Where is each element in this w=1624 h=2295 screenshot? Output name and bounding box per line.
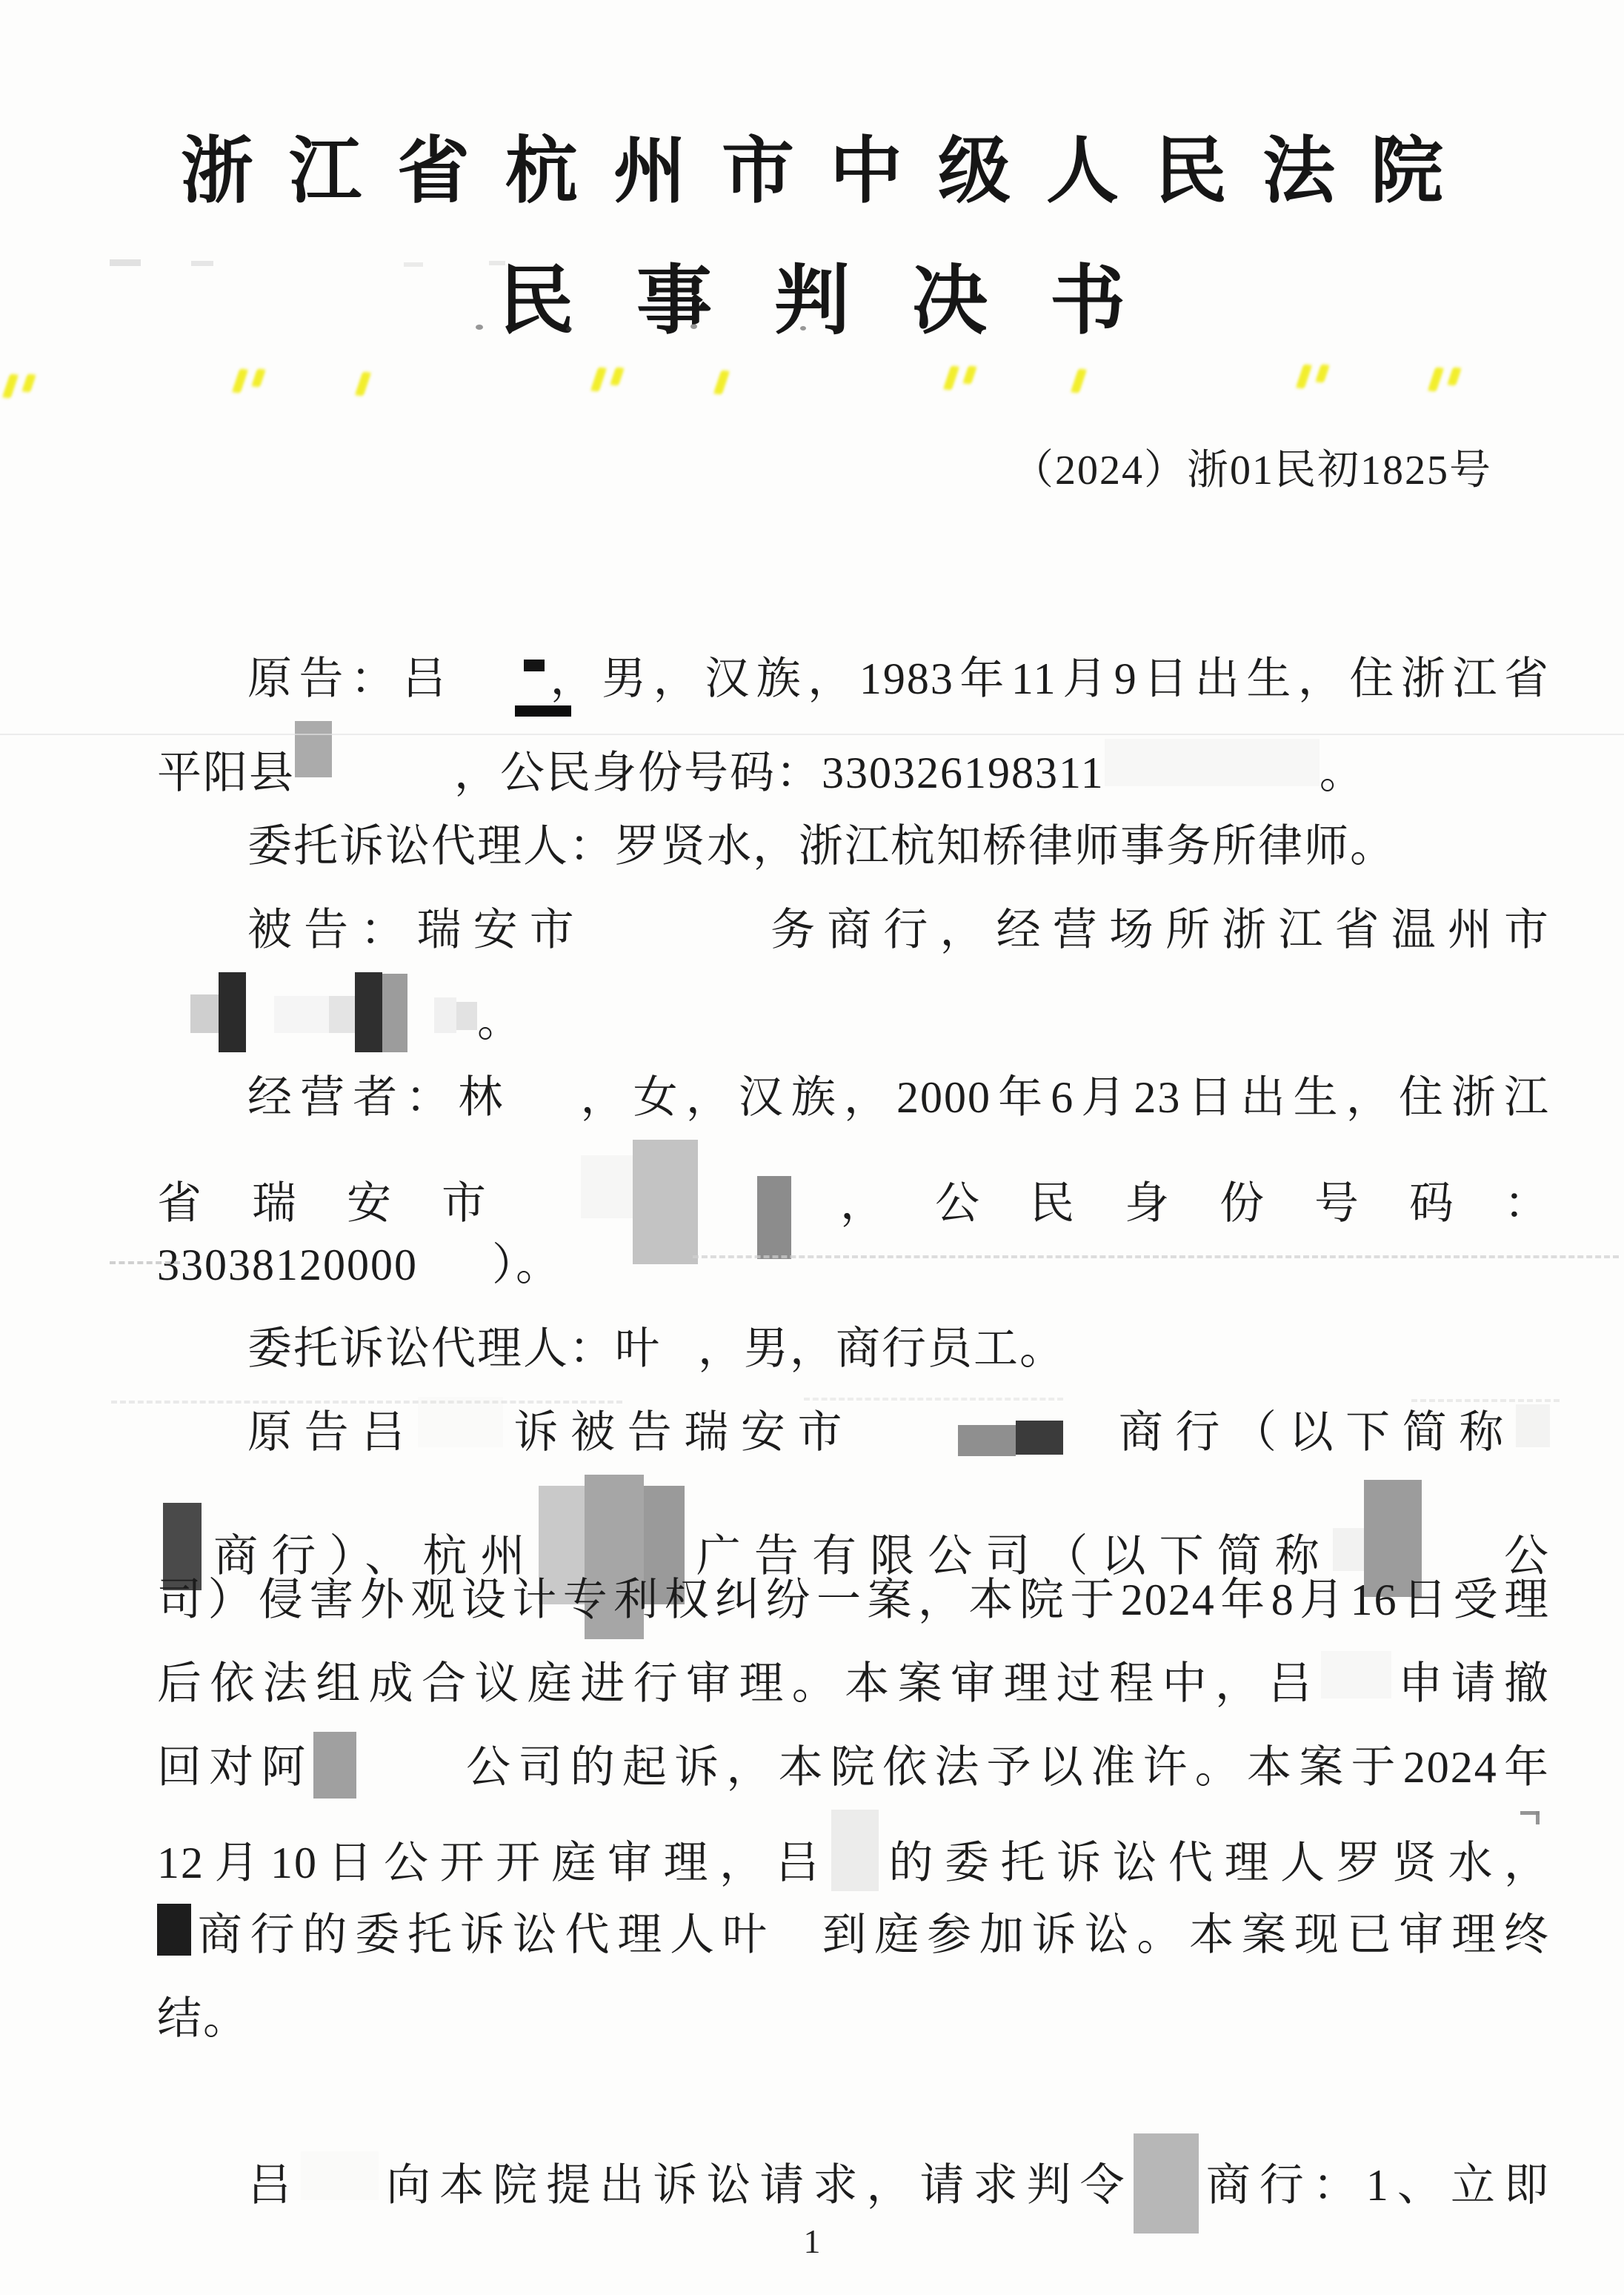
watermark-yellow-mark	[1431, 368, 1459, 391]
page-number: 1	[804, 2222, 821, 2260]
text-run: 商行：1、立即	[1199, 2161, 1550, 2210]
scan-noise-speck	[800, 326, 806, 331]
redaction-box	[1016, 1421, 1063, 1455]
redaction-box	[355, 972, 382, 1052]
scan-noise-bar	[489, 261, 505, 265]
watermark-yellow-mark	[359, 372, 367, 396]
watermark-yellow-mark	[1299, 365, 1327, 388]
watermark-yellow-mark	[1074, 369, 1083, 393]
text-run: 被告：瑞安市	[247, 906, 586, 954]
scan-noise-bar	[515, 705, 571, 717]
redaction-box	[295, 721, 332, 777]
text-run: 到庭参加诉讼。本案现已审理终	[816, 1910, 1550, 1959]
text-run: 吕	[247, 2161, 301, 2210]
scan-noise-speck	[690, 324, 697, 329]
document-type-title: 民事判决书	[0, 250, 1624, 354]
text-run: 33038120000	[157, 1241, 418, 1289]
text-run: ，公民身份号码：330326198311	[454, 748, 1105, 797]
redaction-box	[1516, 1404, 1550, 1447]
blank-gap	[698, 1212, 757, 1218]
text-run: 回对阿	[157, 1743, 313, 1792]
watermark-yellow-mark	[947, 366, 974, 390]
redaction-box	[434, 997, 456, 1033]
scan-noise-bar	[110, 259, 141, 266]
document-line: 被告：瑞安市务商行，经营场所浙江省温州市	[157, 889, 1550, 972]
redaction-box	[1321, 1651, 1391, 1698]
redaction-box	[524, 660, 545, 671]
document-line: 后依法组成合议庭进行审理。本案审理过程中，吕申请撤	[157, 1642, 1550, 1726]
scan-noise-dashed-line	[1411, 1399, 1560, 1402]
page-footer: 1	[0, 2222, 1624, 2261]
document-line: 商行的委托诉讼代理人叶到庭参加诉讼。本案现已审理终	[157, 1893, 1550, 1977]
text-run: 的委托诉讼代理人罗贤水，	[879, 1839, 1550, 1887]
text-run: ，男，商行员工。	[698, 1324, 1065, 1373]
case-number: （2024）浙01民初1825号	[0, 437, 1624, 496]
scan-noise-bar	[1536, 1811, 1540, 1824]
text-run: 平阳县	[157, 748, 295, 797]
text-run: 委托诉讼代理人：叶	[247, 1324, 661, 1373]
scan-noise-speck	[566, 327, 572, 331]
document-line: 商行）、杭州广告有限公司（以下简称公	[157, 1475, 1550, 1558]
text-run: 司）侵害外观设计专利权纠纷一案，本院于2024年8月16日受理	[157, 1575, 1550, 1624]
text-run: 。	[477, 997, 523, 1046]
document-line: 委托诉讼代理人：叶，男，商行员工。	[157, 1307, 1550, 1391]
text-run: 公司的起诉，本院依法予以准许。本案于2024年	[460, 1743, 1550, 1792]
redaction-box	[301, 2151, 379, 2200]
blank-gap	[510, 1106, 573, 1112]
scan-noise-bar	[404, 262, 423, 267]
text-run: ，公民身份号码：	[791, 1179, 1550, 1228]
text-run: ，男，汉族，1983年11月9日出生，住浙江省	[545, 654, 1550, 703]
court-title: 浙江省杭州市中级人民法院	[0, 0, 1624, 222]
scan-noise-speck	[476, 325, 483, 330]
text-run: ）。	[492, 1241, 562, 1289]
watermark-yellow-mark	[594, 368, 622, 391]
text-run: 务商行，经营场所浙江省温州市	[760, 906, 1550, 954]
scan-noise-dashed-line	[111, 1401, 622, 1404]
redaction-box	[958, 1425, 1016, 1456]
judgment-body: 原告：吕，男，汉族，1983年11月9日出生，住浙江省平阳县，公民身份号码：33…	[157, 637, 1550, 2217]
text-run: 申请撤	[1391, 1659, 1550, 1708]
document-line: 司）侵害外观设计专利权纠纷一案，本院于2024年8月16日受理	[157, 1558, 1550, 1642]
text-run: 经营者：林	[247, 1073, 510, 1122]
scan-noise-bar	[0, 734, 1624, 735]
blank-gap	[661, 1358, 698, 1364]
redaction-box	[219, 972, 246, 1052]
text-run: 原告：吕	[247, 654, 453, 703]
document-line: 原告：吕，男，汉族，1983年11月9日出生，住浙江省	[157, 637, 1550, 721]
document-line: 33038120000）。	[157, 1223, 1550, 1307]
document-line: 结。	[157, 1977, 1550, 2061]
redaction-box	[382, 974, 407, 1052]
scan-noise-bar	[191, 261, 213, 266]
document-line: 省瑞安市，公民身份号码：	[157, 1140, 1550, 1223]
text-run: 结。	[157, 1994, 249, 2043]
blank-gap	[453, 688, 524, 694]
watermark-yellow-mark	[236, 369, 263, 393]
document-line: 回对阿公司的起诉，本院依法予以准许。本案于2024年	[157, 1726, 1550, 1810]
blank-gap	[332, 782, 454, 788]
document-line: 经营者：林，女，汉族，2000年6月23日出生，住浙江	[157, 1056, 1550, 1140]
blank-gap	[854, 1441, 958, 1447]
text-run: 后依法组成合议庭进行审理。本案审理过程中，吕	[157, 1659, 1321, 1708]
blank-gap	[356, 1776, 460, 1782]
redaction-box	[831, 1810, 879, 1891]
text-run: 原告吕	[247, 1408, 418, 1457]
blank-gap	[775, 1944, 816, 1950]
text-run: 商行（以下简称	[1108, 1408, 1516, 1457]
text-run: ，女，汉族，2000年6月23日出生，住浙江	[573, 1073, 1550, 1122]
redaction-box	[1134, 2133, 1199, 2233]
text-run: 。	[1319, 748, 1365, 797]
document-line: 。	[157, 972, 1550, 1056]
scan-noise-dashed-line	[804, 1398, 1063, 1401]
watermark-yellow-mark	[717, 371, 726, 394]
redaction-box	[418, 1397, 503, 1447]
blank-gap	[418, 1274, 492, 1280]
scan-noise-dashed-line	[110, 1261, 180, 1264]
redaction-box	[456, 1002, 477, 1030]
text-run: 省瑞安市	[157, 1179, 536, 1228]
document-line: 委托诉讼代理人：罗贤水，浙江杭知桥律师事务所律师。	[157, 805, 1550, 889]
document-line: 吕向本院提出诉讼请求，请求判令商行：1、立即	[157, 2133, 1550, 2217]
redaction-box	[329, 996, 355, 1033]
redaction-box	[157, 1904, 191, 1956]
scan-noise-dashed-line	[693, 1255, 1619, 1258]
text-run: 商行的委托诉讼代理人叶	[191, 1910, 775, 1959]
redaction-box	[313, 1732, 356, 1799]
redaction-box	[190, 994, 219, 1033]
blank-gap	[1063, 1441, 1108, 1447]
blank-gap	[586, 939, 760, 945]
document-line: 12月10日公开开庭审理，吕的委托诉讼代理人罗贤水，	[157, 1810, 1550, 1893]
text-run: 12月10日公开开庭审理，吕	[157, 1839, 831, 1887]
watermark-yellow-mark	[6, 374, 33, 398]
text-run: 向本院提出诉讼请求，请求判令	[379, 2161, 1134, 2210]
redaction-box	[581, 1155, 633, 1218]
scanned-judgment-page: 浙江省杭州市中级人民法院 民事判决书 （2024）浙01民初1825号 原告：吕…	[0, 0, 1624, 2295]
text-run: 诉被告瑞安市	[503, 1408, 854, 1457]
redaction-box	[1105, 739, 1319, 786]
text-run: 委托诉讼代理人：罗贤水，浙江杭知桥律师事务所律师。	[247, 822, 1396, 871]
redaction-box	[274, 996, 329, 1033]
